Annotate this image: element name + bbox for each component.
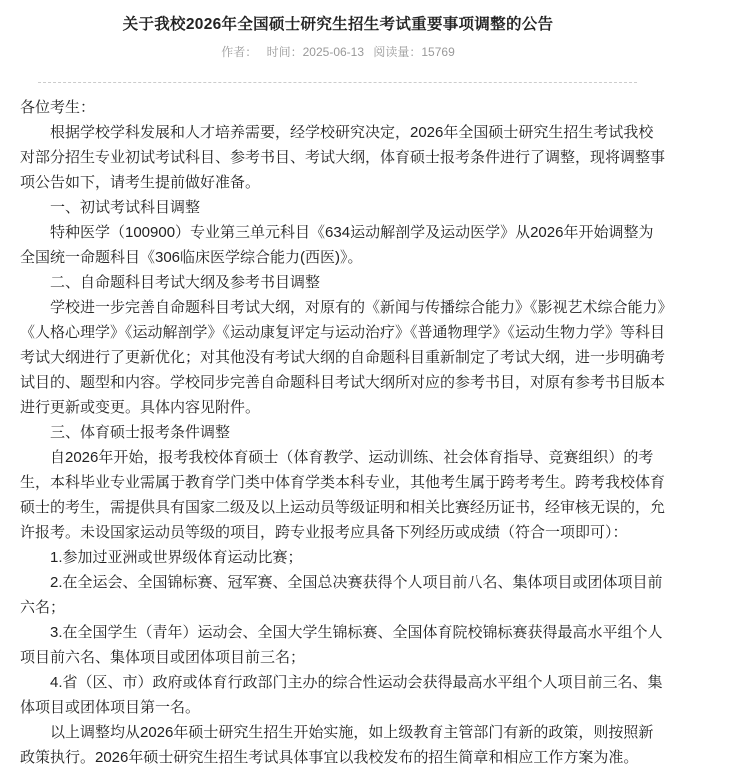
paragraph: 特种医学（100900）专业第三单元科目《634运动解剖学及运动医学》从2026…	[20, 220, 668, 270]
paragraph: 三、体育硕士报考条件调整	[20, 420, 668, 445]
meta-views-value: 15769	[421, 45, 454, 59]
meta-author: 作者：	[221, 45, 257, 59]
paragraph: 学校进一步完善自命题科目考试大纲，对原有的《新闻与传播综合能力》《影视艺术综合能…	[20, 295, 668, 420]
page-title: 关于我校2026年全国硕士研究生招生考试重要事项调整的公告	[0, 14, 676, 36]
paragraph: 自2026年开始，报考我校体育硕士（体育教学、运动训练、社会体育指导、竞赛组织）…	[20, 445, 668, 545]
paragraph: 二、自命题科目考试大纲及参考书目调整	[20, 270, 668, 295]
paragraph: 3.在全国学生（青年）运动会、全国大学生锦标赛、全国体育院校锦标赛获得最高水平组…	[20, 620, 668, 670]
paragraph: 各位考生：	[20, 95, 668, 120]
meta-author-label: 作者：	[221, 45, 257, 59]
article-meta: 作者： 时间：2025-06-13 阅读量：15769	[0, 43, 676, 60]
meta-views-label: 阅读量：	[373, 45, 421, 59]
article-body: 各位考生：根据学校学科发展和人才培养需要，经学校研究决定，2026年全国硕士研究…	[0, 83, 676, 784]
meta-views: 阅读量：15769	[373, 45, 454, 59]
meta-time: 时间：2025-06-13	[267, 45, 364, 59]
paragraph: 以上调整均从2026年硕士研究生招生开始实施，如上级教育主管部门有新的政策，则按…	[20, 720, 668, 770]
paragraph: 1.参加过亚洲或世界级体育运动比赛；	[20, 545, 668, 570]
paragraph: 一、初试考试科目调整	[20, 195, 668, 220]
paragraph: 4.省（区、市）政府或体育行政部门主办的综合性运动会获得最高水平组个人项目前三名…	[20, 670, 668, 720]
paragraph: 根据学校学科发展和人才培养需要，经学校研究决定，2026年全国硕士研究生招生考试…	[20, 120, 668, 195]
meta-time-label: 时间：	[267, 45, 303, 59]
meta-time-value: 2025-06-13	[303, 45, 364, 59]
announcement-page: 关于我校2026年全国硕士研究生招生考试重要事项调整的公告 作者： 时间：202…	[0, 14, 676, 784]
paragraph: 2.在全运会、全国锦标赛、冠军赛、全国总决赛获得个人项目前八名、集体项目或团体项…	[20, 570, 668, 620]
